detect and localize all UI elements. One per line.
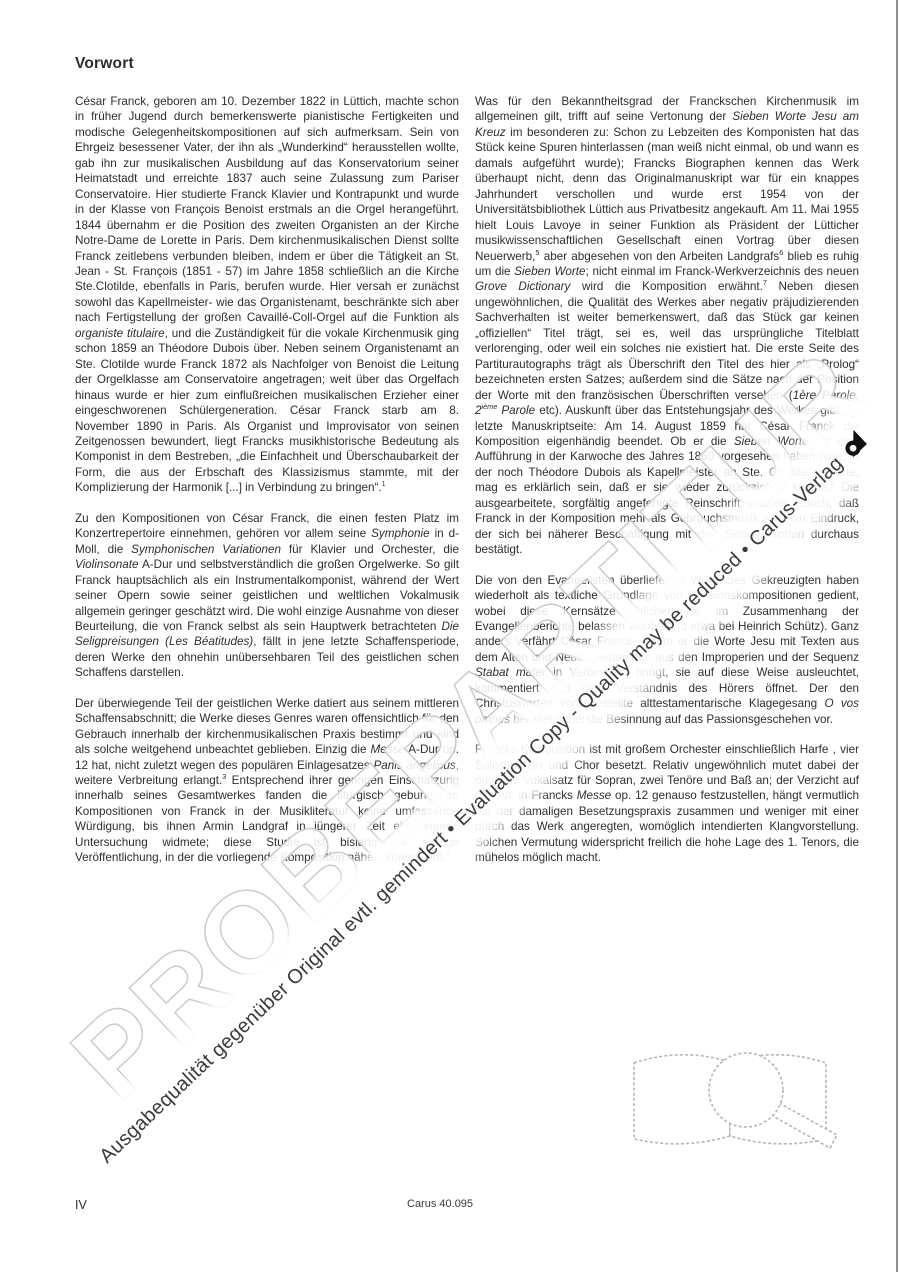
book-magnifier-logo	[618, 1038, 853, 1165]
page-title: Vorwort	[75, 55, 859, 73]
paragraph-sieben-worte-history: Was für den Bekanntheitsgrad der Francks…	[475, 94, 859, 558]
paragraph-franck-biography: César Franck, geboren am 10. Dezember 18…	[75, 94, 459, 496]
paragraph-text-sources: Die von den Evangelisten überlieferten W…	[475, 573, 859, 728]
column-right: Was für den Bekanntheitsgrad der Francks…	[475, 94, 859, 881]
scan-page-edge	[896, 0, 898, 1272]
paragraph-compositions: Zu den Kompositionen von César Franck, d…	[75, 511, 459, 681]
page-content: Vorwort César Franck, geboren am 10. Dez…	[75, 55, 859, 881]
catalog-number: Carus 40.095	[407, 1198, 473, 1210]
two-column-text: César Franck, geboren am 10. Dezember 18…	[75, 94, 859, 881]
paragraph-sacred-works: Der überwiegende Teil der geistlichen We…	[75, 696, 459, 866]
column-left: César Franck, geboren am 10. Dezember 18…	[75, 94, 459, 881]
paragraph-scoring: Francks Komposition ist mit großem Orche…	[475, 742, 859, 866]
score-preface-page: Vorwort César Franck, geboren am 10. Dez…	[0, 0, 900, 1272]
page-footer: IV Carus 40.095	[75, 1196, 859, 1214]
page-number: IV	[75, 1198, 87, 1212]
